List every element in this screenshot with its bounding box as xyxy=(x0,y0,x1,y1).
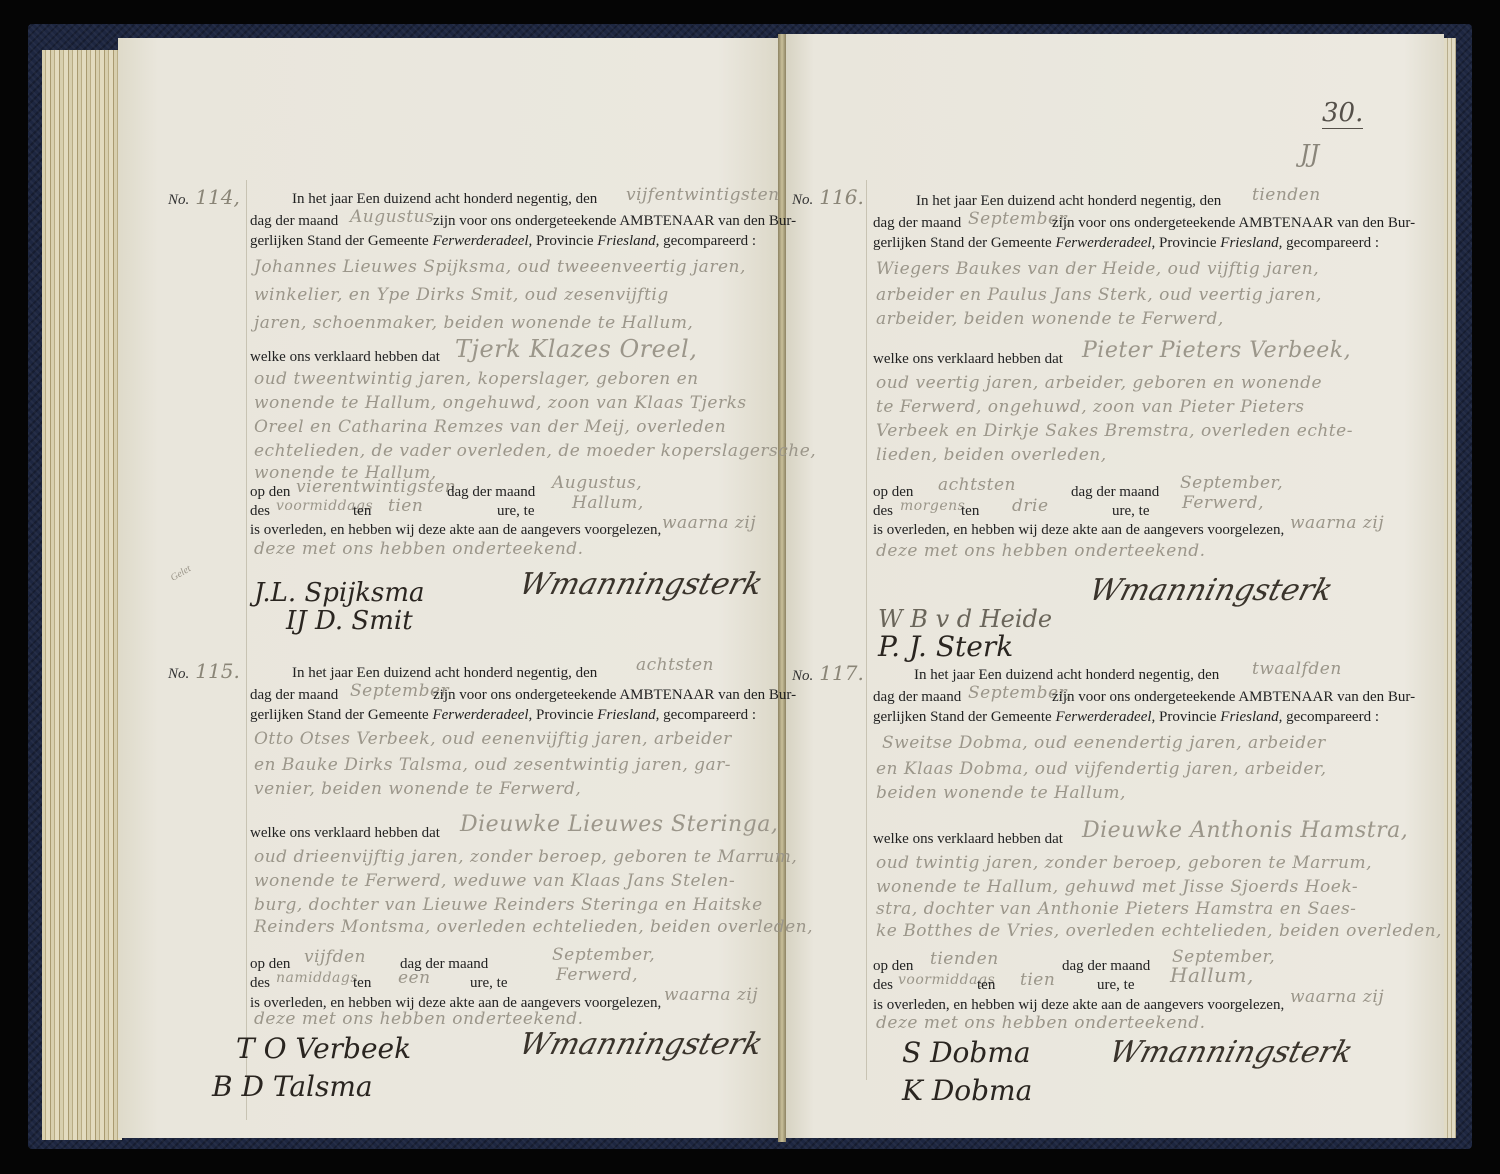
hand-death-day: tienden xyxy=(930,950,999,968)
hand-detail: te Ferwerd, ongehuwd, zoon van Pieter Pi… xyxy=(876,398,1304,416)
print-line2a: dag der maand xyxy=(250,686,338,704)
signature-informant: T O Verbeek xyxy=(236,1040,411,1058)
hand-place: Hallum, xyxy=(572,494,644,512)
hand-closing: deze met ons hebben onderteekend. xyxy=(254,540,584,558)
hand-hour: tien xyxy=(388,497,423,515)
print-dag-der-maand: dag der maand xyxy=(1062,957,1150,975)
signature-informant: W B v d Heide xyxy=(878,610,1052,628)
hand-informant: beiden wonende te Hallum, xyxy=(876,784,1126,802)
hand-closing: waarna zij xyxy=(664,986,758,1004)
hand-informant: Otto Otses Verbeek, oud eenenvijftig jar… xyxy=(254,730,732,748)
left-margin-rule xyxy=(246,180,247,1120)
print-closing: is overleden, en hebben wij deze akte aa… xyxy=(250,521,661,539)
print-intro: In het jaar Een duizend acht honderd neg… xyxy=(292,190,597,208)
hand-closing: deze met ons hebben onderteekend. xyxy=(254,1010,584,1028)
print-intro: In het jaar Een duizend acht honderd neg… xyxy=(914,666,1219,684)
hand-detail: burg, dochter van Lieuwe Reinders Sterin… xyxy=(254,896,763,914)
hand-informant: arbeider, beiden wonende te Ferwerd, xyxy=(876,310,1224,328)
entry-number: No.116. xyxy=(792,188,864,209)
hand-detail: Oreel en Catharina Remzes van der Meij, … xyxy=(254,418,726,436)
signature-informant: IJ D. Smit xyxy=(286,612,413,630)
hand-informant: Wiegers Baukes van der Heide, oud vijfti… xyxy=(876,260,1319,278)
hand-death-day: achtsten xyxy=(938,476,1016,494)
print-ten: ten xyxy=(353,974,371,992)
hand-detail: Verbeek en Dirkje Sakes Bremstra, overle… xyxy=(876,422,1353,440)
print-des: des xyxy=(873,976,893,994)
hand-detail: wonende te Hallum, gehuwd met Jisse Sjoe… xyxy=(876,878,1358,896)
print-closing: is overleden, en hebben wij deze akte aa… xyxy=(873,521,1284,539)
signature-officer: Wmanningsterk xyxy=(518,1036,764,1054)
hand-closing: deze met ons hebben onderteekend. xyxy=(876,1014,1206,1032)
signature-officer: Wmanningsterk xyxy=(1088,582,1334,600)
print-declared: welke ons verklaard hebben dat xyxy=(250,824,440,842)
print-dag-der-maand: dag der maand xyxy=(447,483,535,501)
hand-hour: een xyxy=(398,969,431,987)
signature-informant: B D Talsma xyxy=(212,1078,373,1096)
print-line2b: zijn voor ons ondergeteekende AMBTENAAR … xyxy=(433,686,796,704)
hand-day: achtsten xyxy=(636,656,714,674)
hand-death-month: September, xyxy=(552,946,655,964)
hand-day: tienden xyxy=(1252,186,1321,204)
hand-hour: tien xyxy=(1020,971,1055,989)
print-dag-der-maand: dag der maand xyxy=(1071,483,1159,501)
signature-officer: Wmanningsterk xyxy=(518,576,764,594)
print-intro: In het jaar Een duizend acht honderd neg… xyxy=(292,664,597,682)
hand-day: twaalfden xyxy=(1252,660,1342,678)
hand-informant: Johannes Lieuwes Spijksma, oud tweeenvee… xyxy=(254,258,746,276)
hand-detail: stra, dochter van Anthonie Pieters Hamst… xyxy=(876,900,1356,918)
hand-place: Ferwerd, xyxy=(1182,494,1264,512)
right-margin-rule xyxy=(866,180,867,1080)
hand-informant: winkelier, en Ype Dirks Smit, oud zesenv… xyxy=(254,286,669,304)
print-ten: ten xyxy=(977,976,995,994)
print-ten: ten xyxy=(961,502,979,520)
print-line2a: dag der maand xyxy=(250,212,338,230)
hand-time-of-day: morgens xyxy=(900,497,965,515)
print-line2a: dag der maand xyxy=(873,688,961,706)
hand-death-month: Augustus, xyxy=(552,474,642,492)
hand-detail: oud veertig jaren, arbeider, geboren en … xyxy=(876,374,1322,392)
signature-informant: S Dobma xyxy=(902,1044,1031,1062)
hand-detail: ke Botthes de Vries, overleden echtelied… xyxy=(876,922,1442,940)
signature-informant: P. J. Sterk xyxy=(878,638,1013,656)
signature-informant: J.L. Spijksma xyxy=(254,584,425,602)
hand-informant: en Bauke Dirks Talsma, oud zesentwintig … xyxy=(254,756,731,774)
print-line2b: zijn voor ons ondergeteekende AMBTENAAR … xyxy=(1052,688,1415,706)
hand-detail: wonende te Hallum, ongehuwd, zoon van Kl… xyxy=(254,394,747,412)
print-des: des xyxy=(873,502,893,520)
print-des: des xyxy=(250,974,270,992)
hand-place: Ferwerd, xyxy=(556,966,638,984)
hand-detail: lieden, beiden overleden, xyxy=(876,446,1107,464)
hand-informant: Sweitse Dobma, oud eenendertig jaren, ar… xyxy=(882,734,1326,752)
hand-month: Augustus xyxy=(350,208,434,226)
hand-detail: oud twintig jaren, zonder beroep, gebore… xyxy=(876,854,1372,872)
hand-closing: deze met ons hebben onderteekend. xyxy=(876,542,1206,560)
hand-detail: Reinders Montsma, overleden echtelieden,… xyxy=(254,918,813,936)
print-ure-te: ure, te xyxy=(497,502,534,520)
print-line2b: zijn voor ons ondergeteekende AMBTENAAR … xyxy=(433,212,796,230)
hand-hour: drie xyxy=(1012,497,1049,515)
entry-number: No.117. xyxy=(792,664,864,685)
hand-day: vijfentwintigsten xyxy=(626,186,780,204)
print-ure-te: ure, te xyxy=(1097,976,1134,994)
hand-informant: en Klaas Dobma, oud vijfendertig jaren, … xyxy=(876,760,1327,778)
signature-officer: Wmanningsterk xyxy=(1108,1044,1354,1062)
hand-deceased: Dieuwke Lieuwes Steringa, xyxy=(460,816,778,834)
print-closing: is overleden, en hebben wij deze akte aa… xyxy=(873,996,1284,1014)
hand-death-day: vierentwintigsten xyxy=(296,478,456,496)
print-line3: gerlijken Stand der Gemeente Ferwerderad… xyxy=(873,234,1379,252)
print-line3: gerlijken Stand der Gemeente Ferwerderad… xyxy=(250,232,756,250)
print-declared: welke ons verklaard hebben dat xyxy=(873,350,1063,368)
hand-informant: venier, beiden wonende te Ferwerd, xyxy=(254,780,581,798)
hand-deceased: Pieter Pieters Verbeek, xyxy=(1082,342,1351,360)
print-ure-te: ure, te xyxy=(1112,502,1149,520)
hand-place: Hallum, xyxy=(1170,966,1254,984)
hand-death-month: September, xyxy=(1180,474,1283,492)
print-ure-te: ure, te xyxy=(470,974,507,992)
hand-closing: waarna zij xyxy=(662,514,756,532)
print-intro: In het jaar Een duizend acht honderd neg… xyxy=(916,192,1221,210)
print-line3: gerlijken Stand der Gemeente Ferwerderad… xyxy=(873,708,1379,726)
hand-detail: oud drieenvijftig jaren, zonder beroep, … xyxy=(254,848,797,866)
hand-death-day: vijfden xyxy=(304,948,366,966)
print-declared: welke ons verklaard hebben dat xyxy=(873,830,1063,848)
print-declared: welke ons verklaard hebben dat xyxy=(250,348,440,366)
hand-deceased: Tjerk Klazes Oreel, xyxy=(455,340,697,358)
entry-number: No.114, xyxy=(168,188,240,209)
print-des: des xyxy=(250,502,270,520)
print-ten: ten xyxy=(353,502,371,520)
signature-informant: K Dobma xyxy=(902,1082,1032,1100)
hand-detail: oud tweentwintig jaren, koperslager, geb… xyxy=(254,370,699,388)
hand-time-of-day: namiddags xyxy=(276,969,358,987)
page-stack-left xyxy=(42,50,122,1140)
hand-informant: arbeider en Paulus Jans Sterk, oud veert… xyxy=(876,286,1322,304)
folio-number: 30. xyxy=(1322,98,1363,129)
hand-closing: waarna zij xyxy=(1290,514,1384,532)
entry-number: No.115. xyxy=(168,662,240,683)
hand-deceased: Dieuwke Anthonis Hamstra, xyxy=(1082,822,1408,840)
hand-informant: jaren, schoenmaker, beiden wonende te Ha… xyxy=(254,314,693,332)
print-line2a: dag der maand xyxy=(873,214,961,232)
hand-detail: wonende te Ferwerd, weduwe van Klaas Jan… xyxy=(254,872,735,890)
hand-detail: echtelieden, de vader overleden, de moed… xyxy=(254,442,816,460)
print-line3: gerlijken Stand der Gemeente Ferwerderad… xyxy=(250,706,756,724)
folio-mark: JJ xyxy=(1300,140,1319,168)
hand-closing: waarna zij xyxy=(1290,988,1384,1006)
print-line2b: zijn voor ons ondergeteekende AMBTENAAR … xyxy=(1052,214,1415,232)
